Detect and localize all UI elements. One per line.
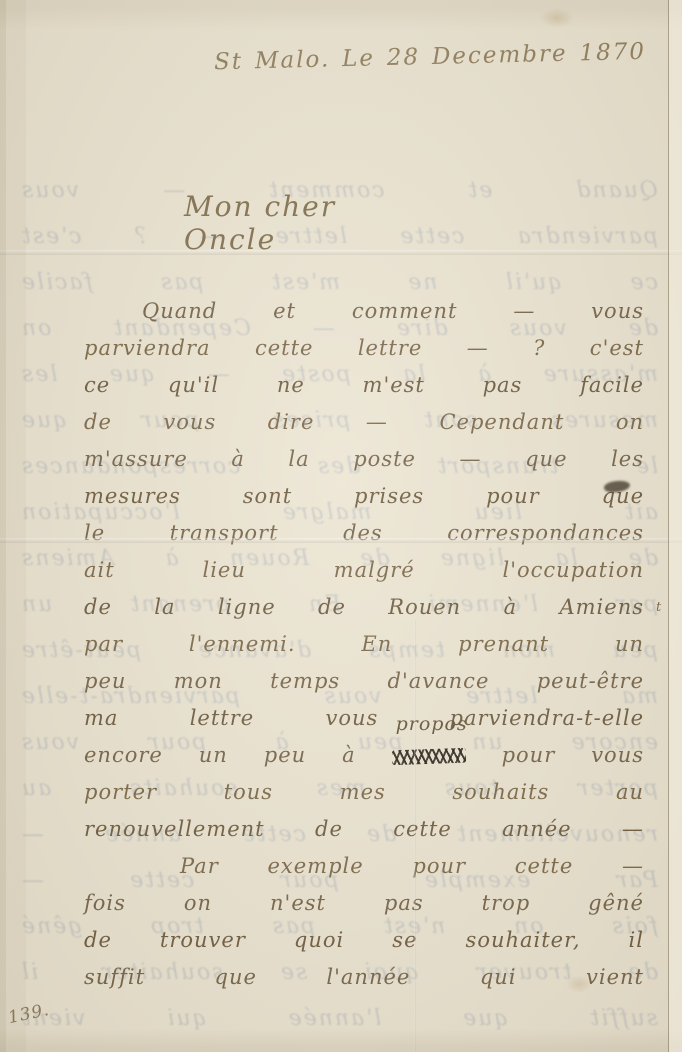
letter-page: Quand et comment — vousparviendra cette … [0, 0, 682, 1052]
letter-line: de la ligne de Rouen à Amiens [84, 589, 644, 626]
paper-stain [540, 8, 574, 28]
letter-line: m'assure à la poste — que les [84, 441, 644, 478]
paper-edge-line [668, 0, 669, 1052]
letter-line: ma lettre vous parviendra-t-elle [84, 700, 644, 737]
letter-line: mesures sont prises pour que [84, 478, 644, 515]
letter-line: ce qu'il ne m'est pas facile [84, 367, 644, 404]
letter-line: par l'ennemi. En prenant un [84, 626, 644, 663]
letter-line: porter tous mes souhaits au [84, 774, 644, 811]
margin-mark: t [656, 600, 662, 615]
letter-line: Par exemple pour cette — [84, 848, 644, 885]
letter-line: renouvellement de cette année — [84, 811, 644, 848]
fold-crease-vertical [414, 620, 416, 1052]
letter-body: Quand et comment — vousparviendra cette … [84, 293, 644, 996]
salutation: Mon cher Oncle [184, 190, 434, 256]
letter-line: de trouver quoi se souhaiter, il [84, 922, 644, 959]
page-number-annotation: 139. [6, 1000, 51, 1028]
letter-line: peu mon temps d'avance peut-être [84, 663, 644, 700]
letter-line: fois on n'est pas trop gêné [84, 885, 644, 922]
letter-line: encore un peu à propos pour vous [84, 737, 644, 774]
paper-edge-strip [669, 0, 682, 1052]
letter-line: ait lieu malgré l'occupation [84, 552, 644, 589]
letter-line: parviendra cette lettre — ? c'est [84, 330, 644, 367]
letter-line: suffit que l'année qui vient [84, 959, 644, 996]
letter-line: Quand et comment — vous [84, 293, 644, 330]
dateline: St Malo. Le 28 Decembre 1870 [214, 39, 647, 76]
inserted-word-above: propos [396, 715, 468, 734]
fold-crease-top [0, 250, 682, 255]
letter-line: le transport des correspondances [84, 515, 644, 552]
fold-crease-middle [0, 538, 682, 543]
correction: propos [392, 737, 466, 774]
bleedthrough-line: suffit que l'année qui vient [20, 996, 658, 1042]
letter-line: de vous dire — Cependant on [84, 404, 644, 441]
scribbled-out-word [391, 748, 465, 766]
